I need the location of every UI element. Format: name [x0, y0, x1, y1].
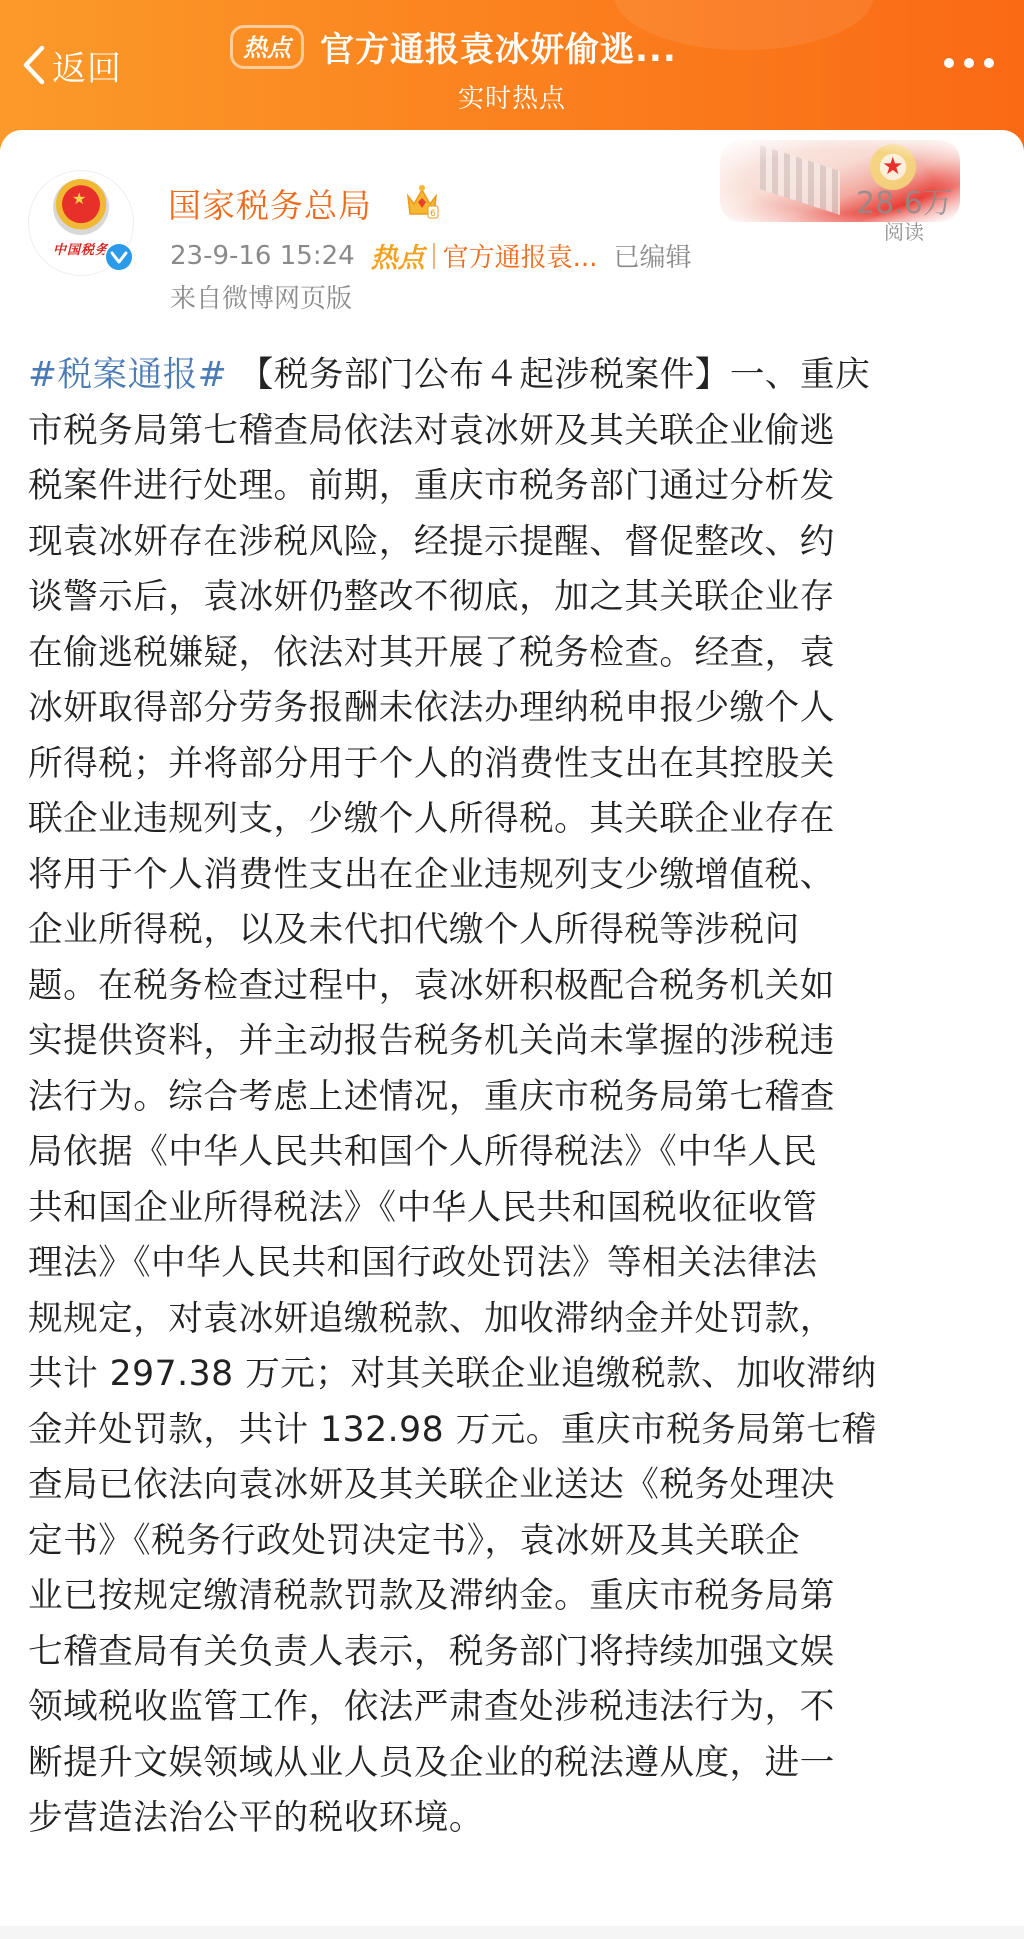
more-dots-icon — [984, 58, 994, 68]
post-text-line: 所得税；并将部分用于个人的消费性支出在其控股关 — [28, 737, 988, 793]
hot-tag-badge: 热点 — [230, 25, 304, 69]
page-subtitle: 实时热点 — [0, 78, 1024, 115]
page-title: 官方通报袁冰妍偷逃... — [320, 22, 677, 71]
post-text-line: 在偷逃税嫌疑，依法对其开展了税务检查。经查，袁 — [28, 626, 988, 682]
more-options-button[interactable] — [944, 58, 994, 68]
post-text-line: 共计 297.38 万元；对其关联企业追缴税款、加收滞纳 — [28, 1347, 988, 1403]
read-count-label: 阅读 — [884, 216, 924, 245]
building-graphic — [760, 145, 840, 215]
post-text-line: 冰妍取得部分劳务报酬未依法办理纳税申报少缴个人 — [28, 681, 988, 737]
author-name[interactable]: 国家税务总局 — [168, 180, 372, 227]
divider — [433, 243, 435, 269]
post-card: ★ 中国税务 国家税务总局 6 23-9-16 15:24 热点 官方通报袁..… — [0, 130, 1024, 1930]
post-meta: 23-9-16 15:24 热点 官方通报袁... 已编辑 — [170, 236, 691, 275]
post-text-line: 市税务局第七稽查局依法对袁冰妍及其关联企业偷逃 — [28, 404, 988, 460]
post-text-line: 断提升文娱领域从业人员及企业的税法遵从度，进一 — [28, 1736, 988, 1792]
post-text-line: 七稽查局有关负责人表示，税务部门将持续加强文娱 — [28, 1625, 988, 1681]
post-text-line: 题。在税务检查过程中，袁冰妍积极配合税务机关如 — [28, 959, 988, 1015]
post-text-line: 业已按规定缴清税款罚款及滞纳金。重庆市税务局第 — [28, 1569, 988, 1625]
post-text-line: 税案件进行处理。前期，重庆市税务部门通过分析发 — [28, 459, 988, 515]
post-text-line: 规规定，对袁冰妍追缴税款、加收滞纳金并处罚款， — [28, 1292, 988, 1348]
top-nav-bar: 返回 热点 官方通报袁冰妍偷逃... 实时热点 — [0, 0, 1024, 150]
post-text-line: 联企业违规列支，少缴个人所得税。其关联企业存在 — [28, 792, 988, 848]
post-text-line: 定书》《税务行政处罚决定书》，袁冰妍及其关联企 — [28, 1514, 988, 1570]
post-text-line: #税案通报# 【税务部门公布４起涉税案件】一、重庆 — [28, 348, 988, 404]
post-text-line: 金并处罚款，共计 132.98 万元。重庆市税务局第七稽 — [28, 1403, 988, 1459]
post-timestamp: 23-9-16 15:24 — [170, 241, 355, 271]
post-text-line: 领域税收监管工作，依法严肃查处涉税违法行为，不 — [28, 1680, 988, 1736]
post-text-line: 谈警示后，袁冰妍仍整改不彻底，加之其关联企业存 — [28, 570, 988, 626]
edited-label[interactable]: 已编辑 — [613, 237, 691, 274]
national-emblem-icon: ★ — [53, 179, 109, 235]
hot-topic-link[interactable]: 官方通报袁... — [443, 237, 598, 274]
post-text-line: 法行为。综合考虑上述情况，重庆市税务局第七稽查 — [28, 1070, 988, 1126]
post-text-line: 理法》《中华人民共和国行政处罚法》等相关法律法 — [28, 1236, 988, 1292]
post-text: #税案通报# 【税务部门公布４起涉税案件】一、重庆 市税务局第七稽查局依法对袁冰… — [28, 348, 988, 1847]
hashtag-link[interactable]: #税案通报# — [28, 355, 227, 395]
svg-text:6: 6 — [430, 209, 436, 219]
post-text-line: 步营造法治公平的税收环境。 — [28, 1791, 988, 1847]
page-bottom-divider — [0, 1926, 1024, 1939]
post-text-line: 共和国企业所得税法》《中华人民共和国税收征收管 — [28, 1181, 988, 1237]
post-text-line: 现袁冰妍存在涉税风险，经提示提醒、督促整改、约 — [28, 515, 988, 571]
crown-badge-icon: 6 — [404, 182, 440, 220]
hot-label: 热点 — [371, 236, 425, 275]
avatar-label: 中国税务 — [53, 239, 109, 258]
post-text-segment: 【税务部门公布４起涉税案件】一、重庆 — [227, 355, 870, 395]
post-text-line: 实提供资料，并主动报告税务机关尚未掌握的涉税违 — [28, 1014, 988, 1070]
post-source: 来自微博网页版 — [170, 278, 352, 315]
star-icon: ★ — [882, 152, 904, 180]
more-dots-icon — [964, 58, 974, 68]
post-text-line: 查局已依法向袁冰妍及其关联企业送达《税务处理决 — [28, 1458, 988, 1514]
star-icon: ★ — [72, 189, 86, 208]
post-text-line: 企业所得税，以及未代扣代缴个人所得税等涉税问 — [28, 903, 988, 959]
post-text-line: 局依据《中华人民共和国个人所得税法》《中华人民 — [28, 1125, 988, 1181]
verified-icon — [104, 242, 134, 272]
more-dots-icon — [944, 58, 954, 68]
post-text-line: 将用于个人消费性支出在企业违规列支少缴增值税、 — [28, 848, 988, 904]
page-title-group: 热点 官方通报袁冰妍偷逃... — [230, 22, 790, 71]
